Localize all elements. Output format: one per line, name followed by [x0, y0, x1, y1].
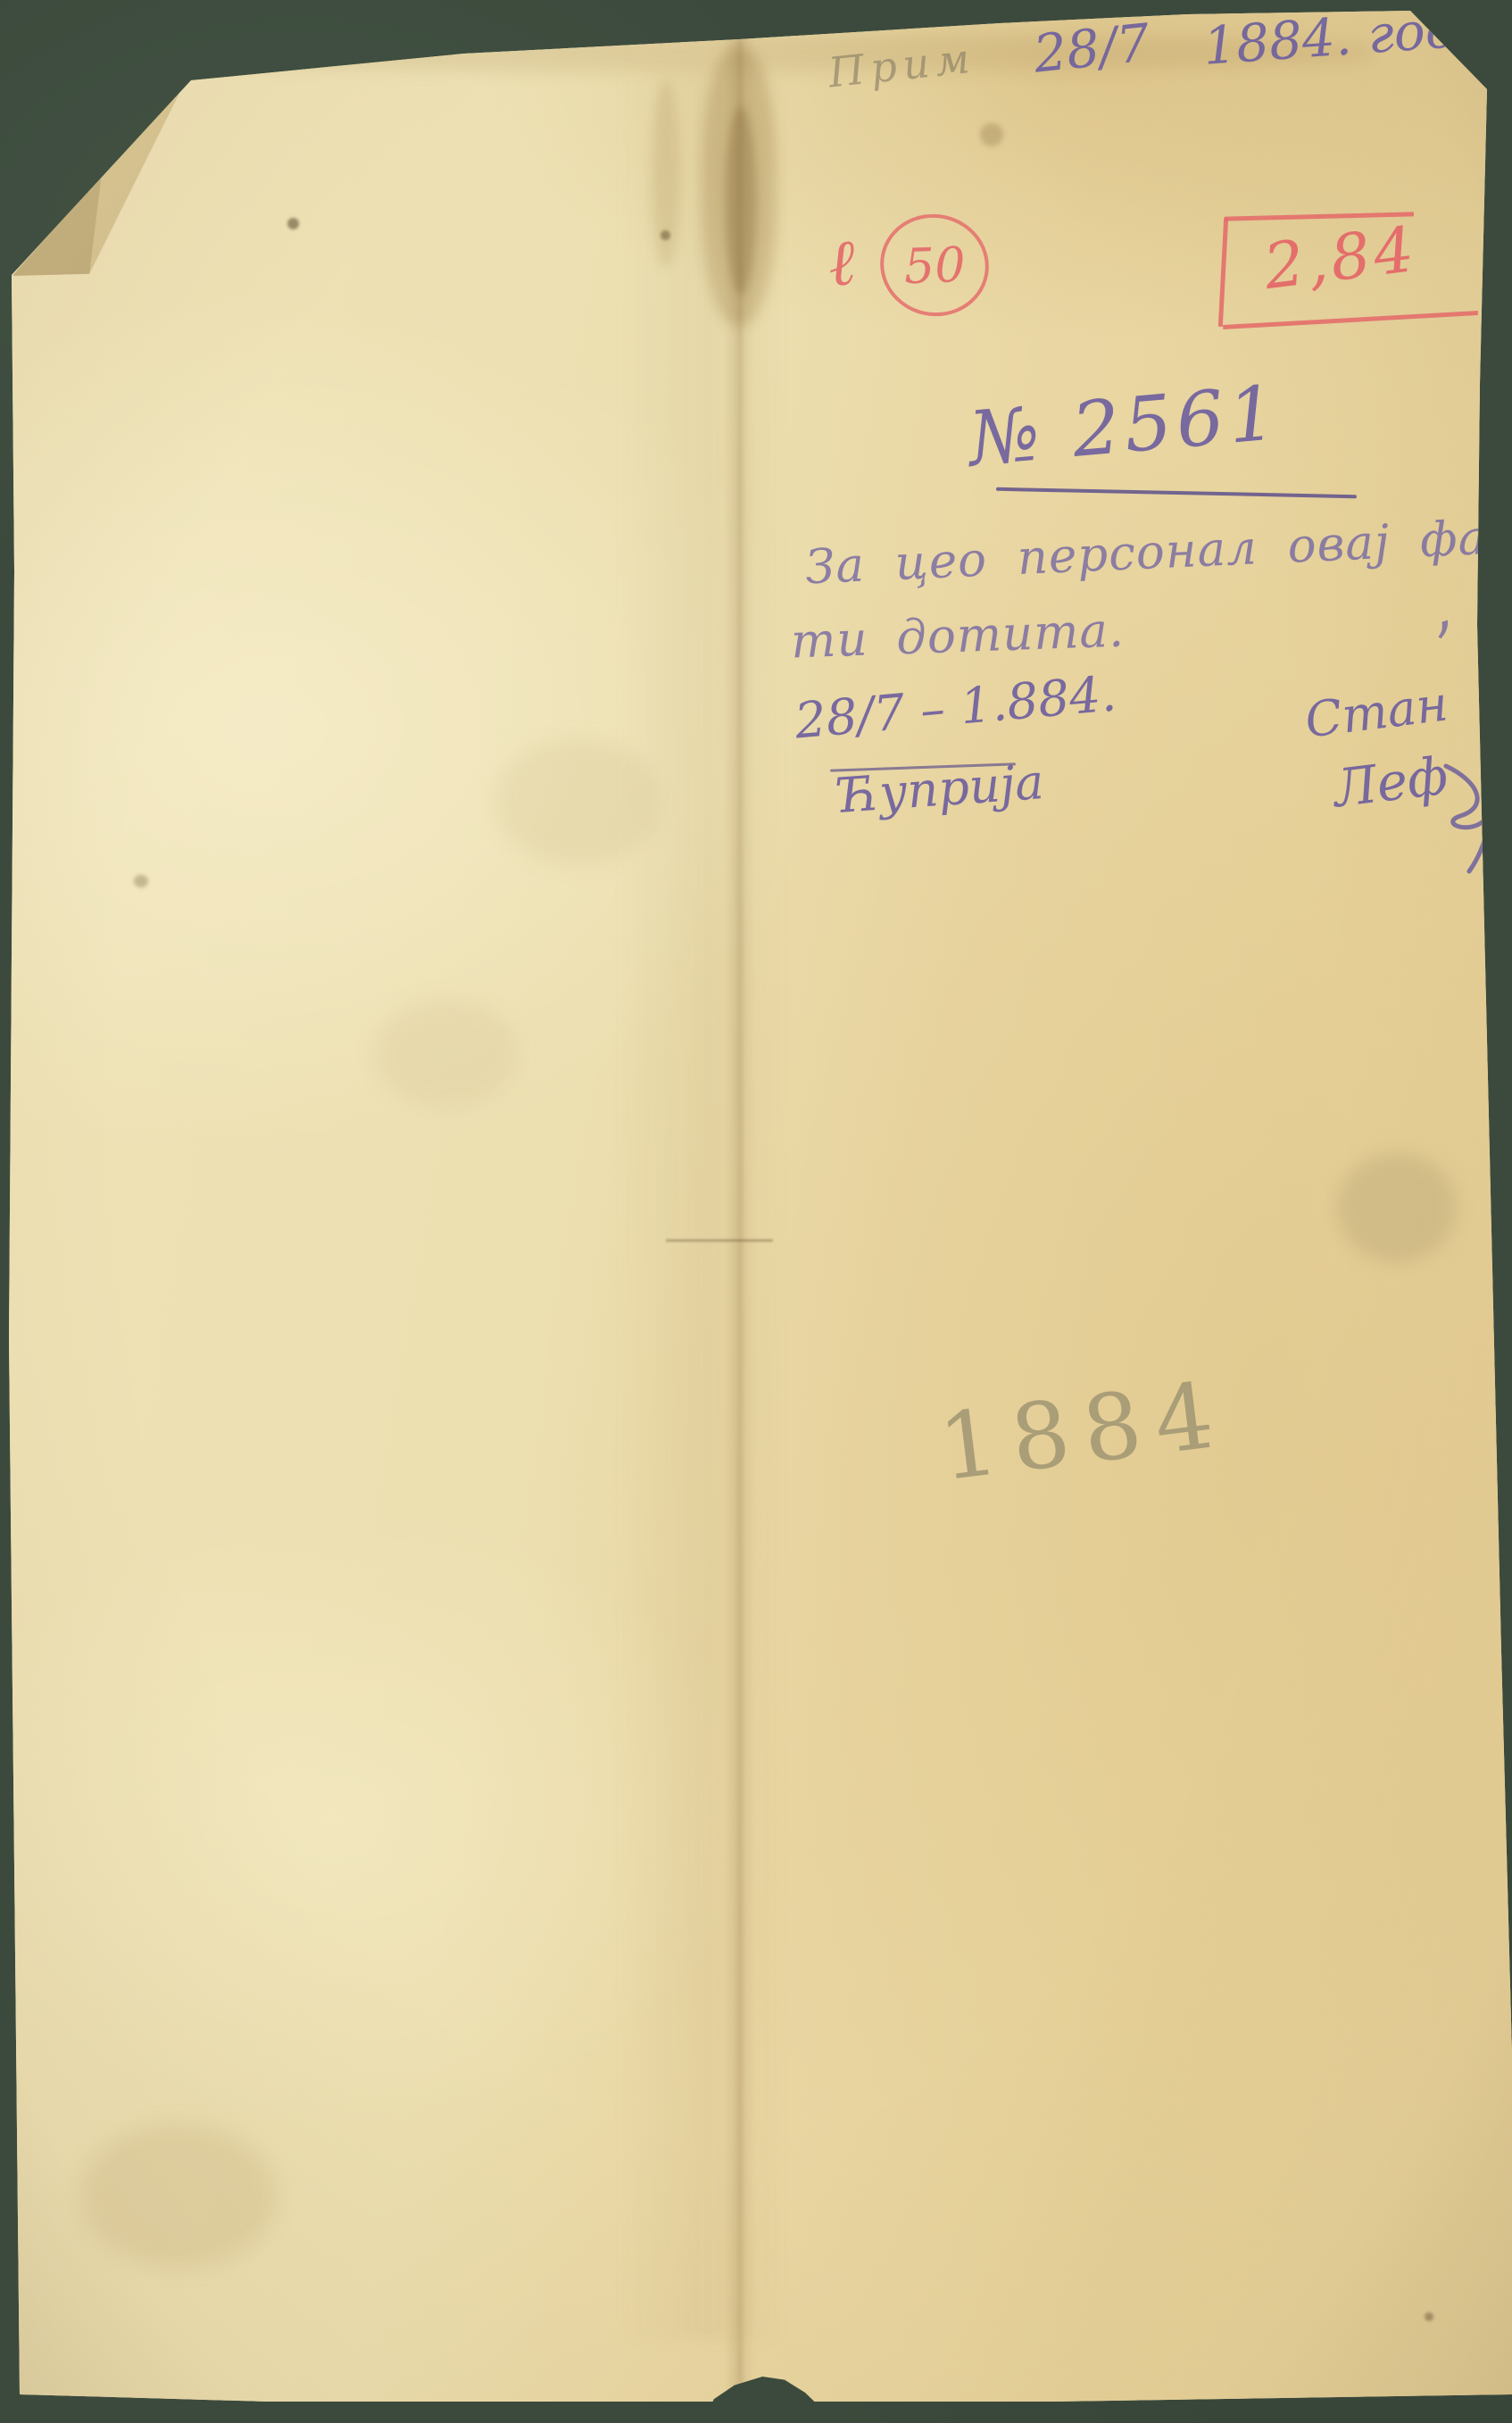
- scan-background: Прим 28/7 1884. год ℓ 50 2,84 № 2561 За …: [0, 0, 1512, 2423]
- document-paper-sheet: Прим 28/7 1884. год ℓ 50 2,84 № 2561 За …: [0, 0, 1512, 2423]
- red-box-left-line: [1218, 218, 1228, 327]
- red-box-value: 2,84: [1260, 212, 1422, 304]
- folded-corner-top-left: [9, 75, 192, 282]
- center-fold-shading: [616, 71, 785, 2339]
- red-circled-number-value: 50: [903, 236, 967, 294]
- center-fold-crease: [725, 36, 755, 2393]
- red-box-stamp: 2,84: [1214, 200, 1482, 334]
- red-box-bottom-line: [1223, 311, 1478, 329]
- signature-flourish: [1433, 761, 1505, 877]
